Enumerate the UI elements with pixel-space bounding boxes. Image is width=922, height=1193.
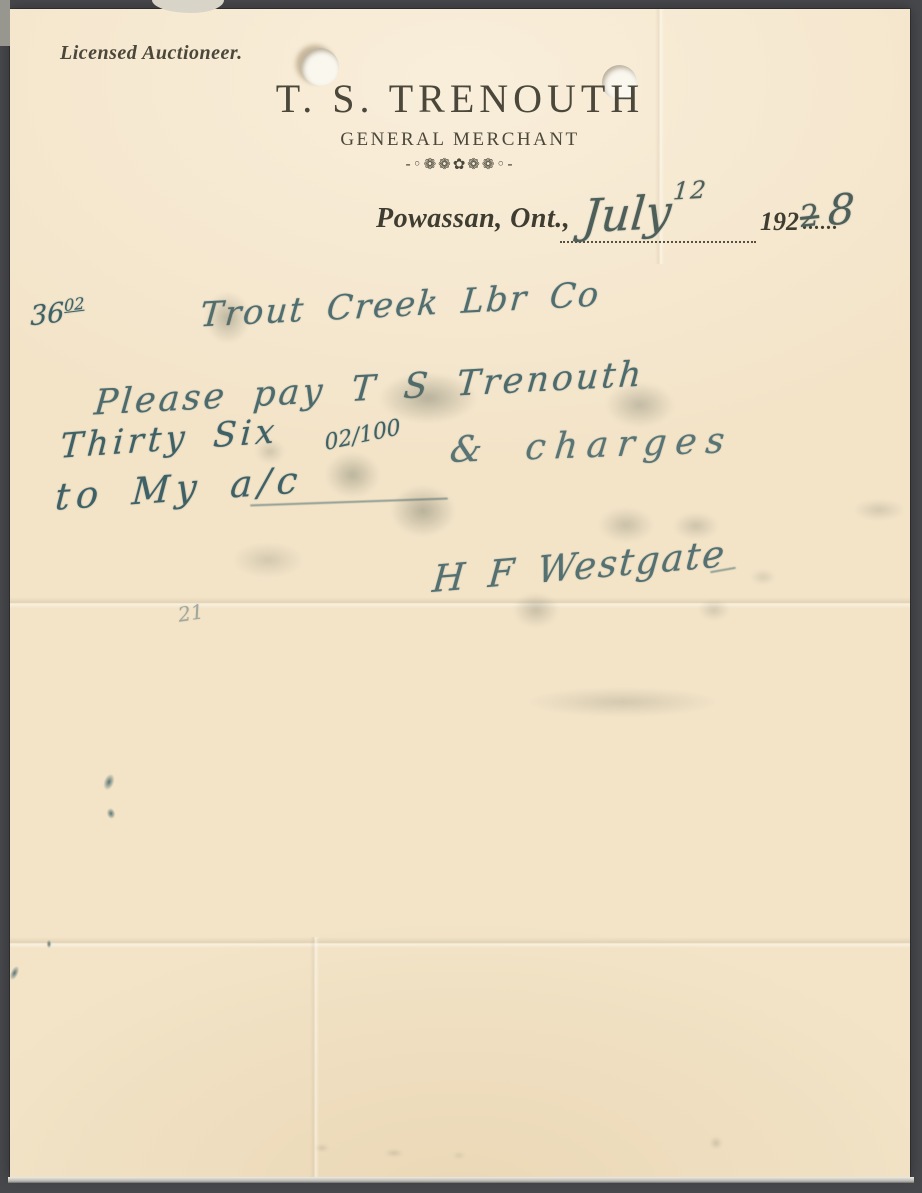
year-printed-prefix: 192 [760,207,799,237]
ink-smudge [205,292,250,344]
letterhead-tagline: Licensed Auctioneer. [60,42,243,65]
ink-speck [100,771,118,794]
handwritten-year-digit: 8 [827,184,855,235]
date-day-superscript: 12 [672,176,709,206]
letterhead-title: T. S. TRENOUTH [10,75,910,122]
faint-pen-mark: 21 [176,599,205,626]
ink-smudge [315,1145,329,1151]
ink-smudge [325,452,380,498]
handwritten-year-struck: 2 [798,198,821,235]
ink-smudge [453,1153,465,1158]
ornament-divider: -◦❁❁✿❁❁◦- [10,155,910,173]
ink-smudge [673,512,719,540]
ink-speck [46,939,52,949]
border-highlight [0,0,10,46]
handwritten-payee-line: Trout Creek Lbr Co [199,274,603,335]
ink-smudge [598,507,654,543]
fold-crease-horizontal [10,597,910,608]
ink-speck [10,963,22,983]
amount-dollars: 36 [30,297,65,332]
letter-paper: Licensed Auctioneer. T. S. TRENOUTH GENE… [10,9,910,1177]
signature: H F Westgate [431,532,728,601]
amount-notation: 3602 [30,294,85,333]
ink-smudge [750,569,776,585]
ink-speck [104,806,117,821]
dateline-place: Powassan, Ont., [376,203,570,235]
ink-smudge [525,687,720,717]
date-month-text: July [580,184,673,243]
scan-bottom-edge [8,1177,914,1183]
fold-crease-vertical [310,937,319,1177]
ink-smudge [232,542,304,578]
ink-smudge [698,599,730,621]
fold-crease-horizontal [10,937,910,948]
scan-frame: Licensed Auctioneer. T. S. TRENOUTH GENE… [0,0,922,1193]
ink-smudge [513,592,559,628]
handwritten-date: July12 [580,176,709,244]
handwritten-account-line: to My a/c [54,458,305,519]
ink-smudge [378,372,478,424]
ink-smudge [390,485,456,537]
ink-smudge [853,499,905,521]
handwritten-amount-fraction: 02/100 [324,415,402,456]
handwritten-request-line: Please pay T S Trenouth [93,354,646,423]
ink-smudge [710,1137,722,1149]
letterhead-subtitle: GENERAL MERCHANT [10,129,910,151]
amount-cents-superscript: 02 [64,294,85,316]
ink-smudge [385,1150,403,1156]
handwritten-charges: & charges [448,420,735,471]
ink-smudge [255,439,285,464]
ink-smudge [605,382,675,428]
